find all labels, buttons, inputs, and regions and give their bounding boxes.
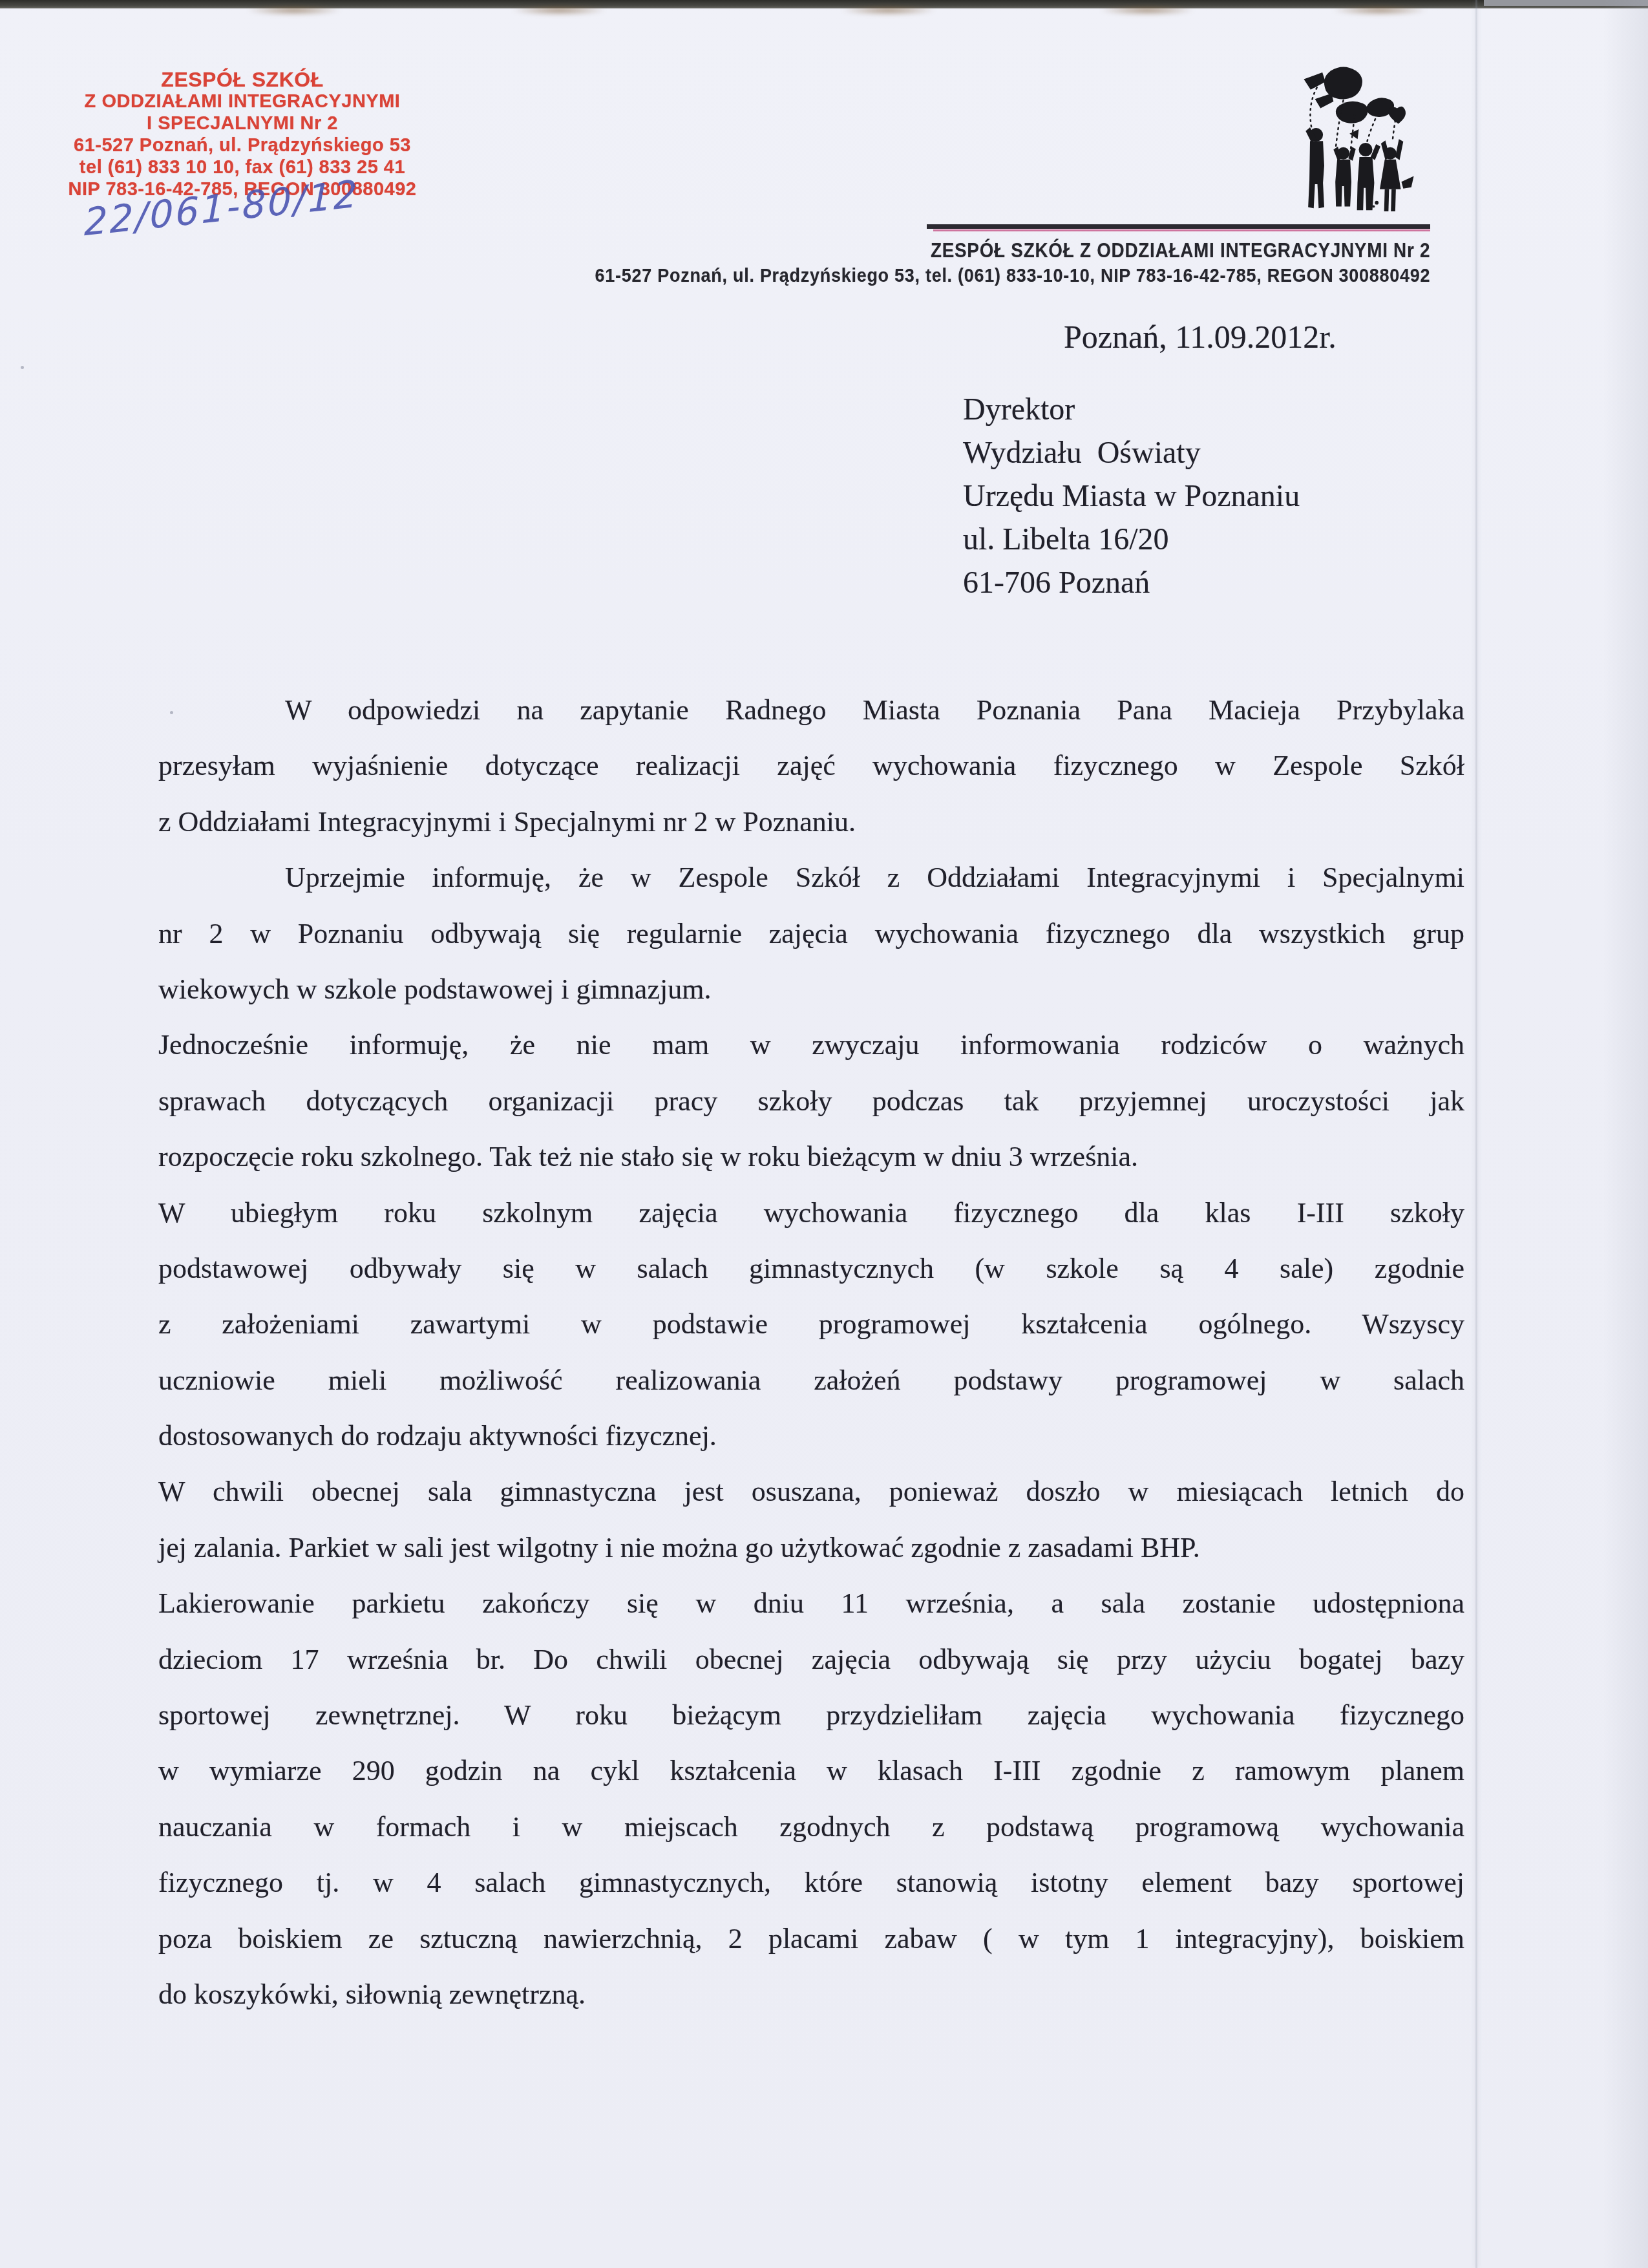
- body-line: jej zalania. Parkiet w sali jest wilgotn…: [158, 1520, 1464, 1576]
- body-line: Lakierowanie parkietu zakończy się w dni…: [158, 1576, 1464, 1631]
- body-line: nauczania w formach i w miejscach zgodny…: [158, 1799, 1464, 1855]
- body-line: dzieciom 17 września br. Do chwili obecn…: [158, 1632, 1464, 1688]
- body-line: nr 2 w Poznaniu odbywają się regularnie …: [158, 906, 1464, 962]
- scan-smudge: [511, 5, 607, 16]
- scan-smudge: [1331, 5, 1428, 16]
- body-line: fizycznego tj. w 4 salach gimnastycznych…: [158, 1855, 1464, 1911]
- scan-speck: [21, 366, 24, 369]
- recipient-line: Dyrektor: [963, 388, 1300, 431]
- stamp-line: tel (61) 833 10 10, fax (61) 833 25 41: [48, 156, 436, 178]
- scan-smudge: [840, 5, 937, 16]
- letter-body: W odpowiedzi na zapytanie Radnego Miasta…: [158, 683, 1464, 2022]
- letterhead-rule: [927, 224, 1430, 229]
- recipient-line: ul. Libelta 16/20: [963, 518, 1300, 561]
- body-line: W ubiegłym roku szkolnym zajęcia wychowa…: [158, 1185, 1464, 1241]
- scan-smudge: [246, 5, 343, 16]
- paper-crease: [1475, 0, 1477, 2268]
- body-line: Jednocześnie informuję, że nie mam w zwy…: [158, 1017, 1464, 1073]
- body-line: w wymiarze 290 godzin na cykl kształceni…: [158, 1743, 1464, 1799]
- scan-smudge: [1099, 5, 1196, 16]
- scan-edge-bar-cap: [1484, 0, 1648, 6]
- body-line: poza boiskiem ze sztuczną nawierzchnią, …: [158, 1911, 1464, 1967]
- letterhead-rule-accent: [933, 229, 1430, 231]
- children-with-balloons-logo-icon: [1271, 59, 1433, 226]
- letterhead-org-name: ZESPÓŁ SZKÓŁ Z ODDZIAŁAMI INTEGRACYJNYMI…: [931, 239, 1430, 262]
- body-line: przesyłam wyjaśnienie dotyczące realizac…: [158, 738, 1464, 794]
- body-line: wiekowych w szkole podstawowej i gimnazj…: [158, 962, 1464, 1017]
- recipient-block: Dyrektor Wydziału Oświaty Urzędu Miasta …: [963, 388, 1300, 604]
- body-line: uczniowie mieli możliwość realizowania z…: [158, 1353, 1464, 1408]
- body-line: podstawowej odbywały się w salach gimnas…: [158, 1241, 1464, 1297]
- stamp-line: ZESPÓŁ SZKÓŁ: [48, 69, 436, 90]
- school-stamp: ZESPÓŁ SZKÓŁ Z ODDZIAŁAMI INTEGRACYJNYMI…: [48, 69, 436, 200]
- dateline: Poznań, 11.09.2012r.: [1064, 318, 1336, 355]
- body-line: dostosowanych do rodzaju aktywności fizy…: [158, 1408, 1464, 1464]
- stamp-line: 61-527 Poznań, ul. Prądzyńskiego 53: [48, 134, 436, 156]
- body-line: do koszykówki, siłownią zewnętrzną.: [158, 1967, 1464, 2022]
- recipient-line: Urzędu Miasta w Poznaniu: [963, 474, 1300, 518]
- letterhead-org-address: 61-527 Poznań, ul. Prądzyńskiego 53, tel…: [595, 265, 1430, 287]
- body-line: rozpoczęcie roku szkolnego. Tak też nie …: [158, 1129, 1464, 1185]
- stamp-line: I SPECJALNYMI Nr 2: [48, 112, 436, 134]
- scanned-letter-page: ZESPÓŁ SZKÓŁ Z ODDZIAŁAMI INTEGRACYJNYMI…: [0, 0, 1648, 2268]
- recipient-line: Wydziału Oświaty: [963, 431, 1300, 474]
- body-line: W chwili obecnej sala gimnastyczna jest …: [158, 1464, 1464, 1520]
- body-line: z Oddziałami Integracyjnymi i Specjalnym…: [158, 794, 1464, 850]
- recipient-line: 61-706 Poznań: [963, 561, 1300, 604]
- body-line: Uprzejmie informuję, że w Zespole Szkół …: [158, 850, 1464, 906]
- body-line: z założeniami zawartymi w podstawie prog…: [158, 1297, 1464, 1352]
- body-line: W odpowiedzi na zapytanie Radnego Miasta…: [158, 683, 1464, 738]
- body-line: sportowej zewnętrznej. W roku bieżącym p…: [158, 1688, 1464, 1743]
- stamp-line: Z ODDZIAŁAMI INTEGRACYJNYMI: [48, 90, 436, 112]
- body-line: sprawach dotyczących organizacji pracy s…: [158, 1074, 1464, 1129]
